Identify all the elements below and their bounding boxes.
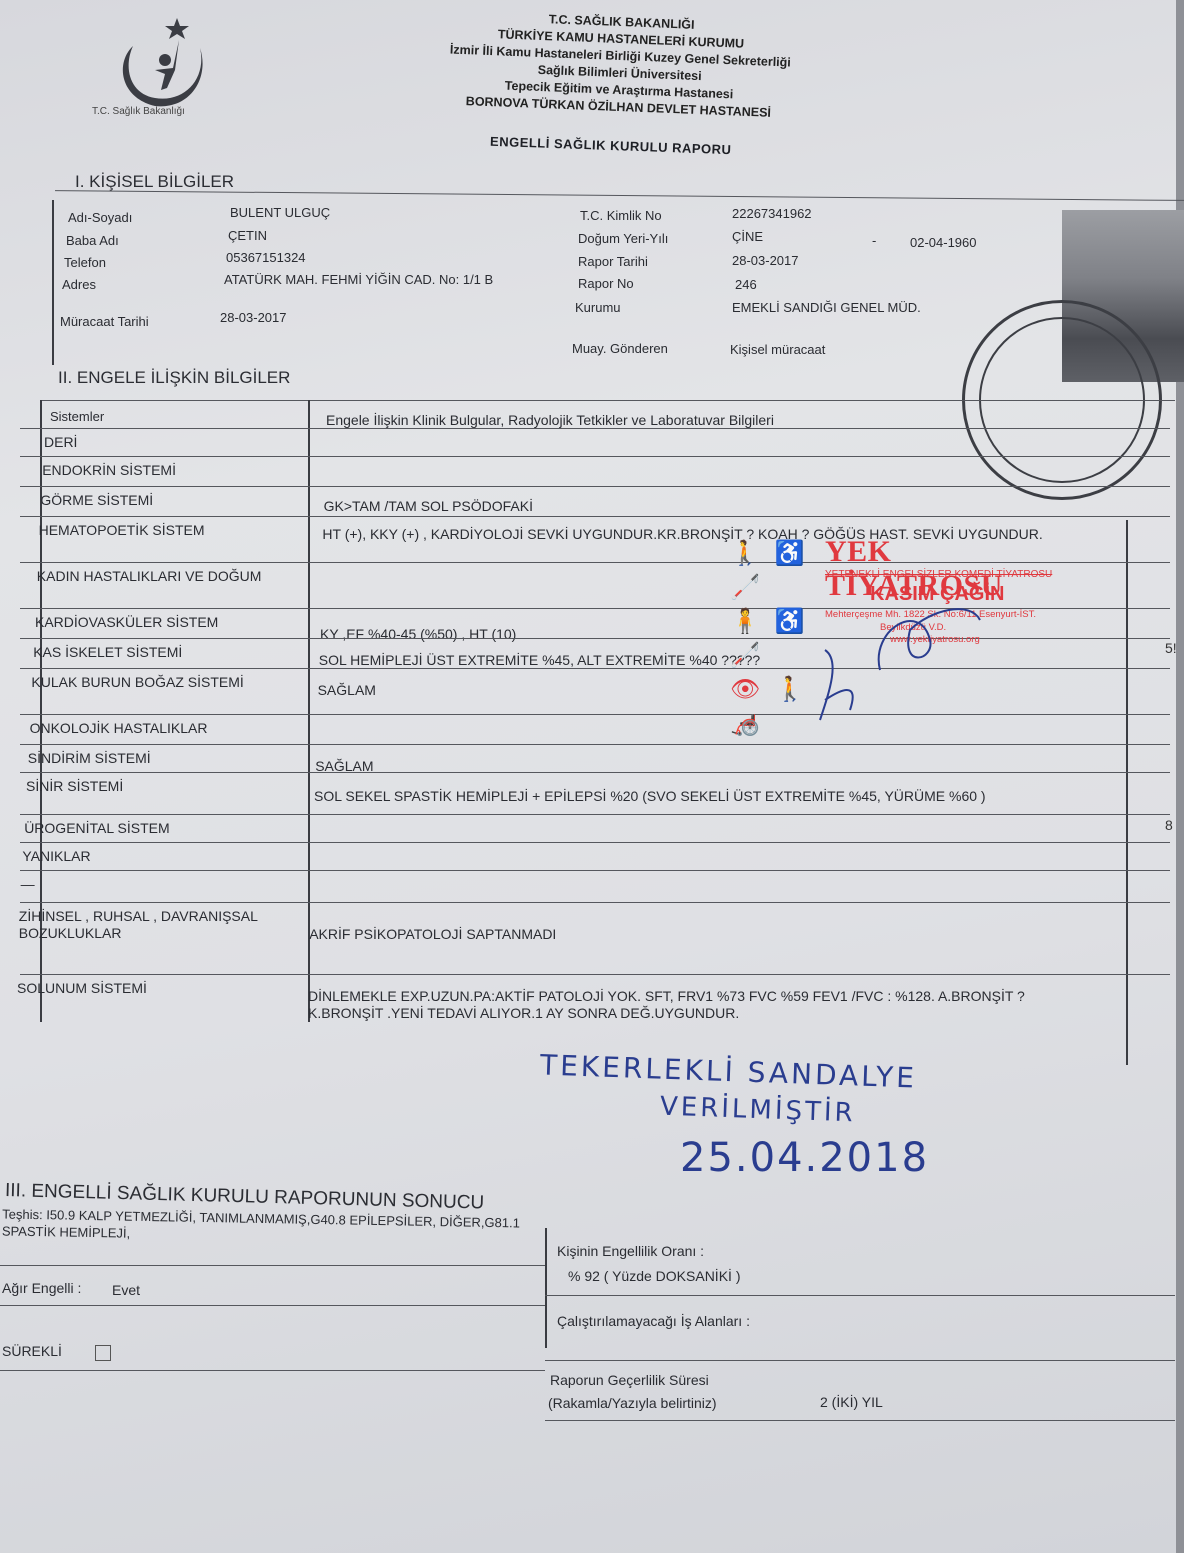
handwritten-note-line2: VERİLMİŞTİR: [660, 1092, 857, 1129]
divider: [55, 190, 1184, 201]
system-name: SİNDİRİM SİSTEMİ: [28, 750, 278, 767]
row-divider: [20, 744, 1170, 745]
divider: [0, 1370, 545, 1371]
system-name: ZİHİNSEL , RUHSAL , DAVRANIŞSAL BOZUKLUK…: [19, 908, 269, 942]
value-report-date: 28-03-2017: [732, 253, 799, 268]
row-divider: [20, 516, 1170, 517]
finding-text: AKRİF PSİKOPATOLOJİ SAPTANMADI: [309, 926, 1099, 943]
system-name: KADIN HASTALIKLARI VE DOĞUM: [37, 568, 287, 585]
disability-rate-value: % 92 ( Yüzde DOKSANİKİ ): [568, 1268, 740, 1284]
row-divider: [20, 428, 1170, 429]
row-divider: [20, 814, 1170, 815]
system-name: KARDİOVASKÜLER SİSTEM: [35, 614, 285, 631]
value-phone: 05367151324: [226, 250, 306, 265]
col-header-systems: Sistemler: [50, 408, 104, 425]
system-name: DERİ: [44, 434, 294, 451]
system-name: ONKOLOJİK HASTALIKLAR: [30, 720, 280, 737]
value-birth-date: 02-04-1960: [910, 235, 977, 250]
column-divider: [545, 1228, 547, 1348]
ministry-logo-icon: [95, 18, 225, 118]
finding-text: GK>TAM /TAM SOL PSÖDOFAKİ: [324, 498, 1114, 515]
stamp-subtitle: YETENEKLİ ENGELSİZLER KOMEDİ TİYATROSU: [825, 569, 1052, 580]
system-name: SOLUNUM SİSTEMİ: [17, 980, 267, 997]
system-name: YANIKLAR: [22, 848, 272, 865]
system-name: HEMATOPOETİK SİSTEM: [39, 522, 289, 539]
row-divider: [20, 486, 1170, 487]
finding-text: DİNLEMEKLE EXP.UZUN.PA:AKTİF PATOLOJİ YO…: [308, 988, 1098, 1022]
column-divider: [1126, 520, 1128, 1065]
label-father: Baba Adı: [66, 233, 119, 248]
system-name: SİNİR SİSTEMİ: [26, 778, 276, 795]
value-birth-place: ÇİNE: [732, 229, 763, 244]
system-name: —: [21, 876, 271, 893]
signature-icon: [800, 590, 1000, 730]
divider: [545, 1420, 1175, 1421]
severe-disability-value: Evet: [112, 1282, 140, 1298]
logo-caption: T.C. Sağlık Bakanlığı: [92, 106, 185, 117]
label-referred-by: Muay. Gönderen: [572, 341, 668, 356]
label-report-no: Rapor No: [578, 276, 634, 291]
handwritten-note-line1: TEKERLEKLİ SANDALYE: [540, 1048, 918, 1094]
value-report-no: 246: [735, 277, 757, 292]
permanent-label: SÜREKLİ: [2, 1343, 62, 1359]
divider: [52, 200, 54, 365]
label-report-date: Rapor Tarihi: [578, 254, 648, 269]
birth-separator: -: [872, 233, 876, 248]
divider: [545, 1295, 1175, 1296]
value-father: ÇETIN: [228, 228, 267, 243]
value-application-date: 28-03-2017: [220, 310, 287, 325]
finding-text: SOL SEKEL SPASTİK HEMİPLEJİ + EPİLEPSİ %…: [314, 788, 1104, 805]
institution-header: T.C. SAĞLIK BAKANLIĞI TÜRKİYE KAMU HASTA…: [378, 5, 862, 125]
row-divider: [20, 974, 1170, 975]
row-divider: [20, 870, 1170, 871]
divider: [0, 1265, 545, 1266]
system-name: ENDOKRİN SİSTEMİ: [42, 462, 292, 479]
label-phone: Telefon: [64, 255, 106, 270]
scanned-report-page: T.C. Sağlık Bakanlığı T.C. SAĞLIK BAKANL…: [0, 0, 1184, 1553]
label-name: Adı-Soyadı: [68, 210, 132, 225]
label-id-number: T.C. Kimlik No: [580, 208, 662, 223]
permanent-checkbox[interactable]: [95, 1345, 111, 1361]
label-institution: Kurumu: [575, 300, 621, 315]
disability-rate-label: Kişinin Engellilik Oranı :: [557, 1243, 704, 1259]
label-birth: Doğum Yeri-Yılı: [578, 231, 668, 246]
section-disability-title: II. ENGELE İLİŞKİN BİLGİLER: [58, 368, 290, 388]
document-title: ENGELLİ SAĞLIK KURULU RAPORU: [490, 134, 732, 157]
divider: [0, 1305, 545, 1306]
value-address: ATATÜRK MAH. FEHMİ YİĞİN CAD. No: 1/1 B: [224, 272, 493, 287]
validity-label-1: Raporun Geçerlilik Süresi: [550, 1372, 709, 1388]
diagnosis-value: I50.9 KALP YETMEZLİĞİ, TANIMLANMAMIŞ,G40…: [2, 1207, 520, 1240]
validity-value: 2 (İKİ) YIL: [820, 1394, 883, 1410]
divider: [40, 400, 1175, 401]
system-name: ÜROGENİTAL SİSTEM: [24, 820, 274, 837]
severe-disability-label: Ağır Engelli :: [2, 1280, 81, 1296]
restricted-work-label: Çalıştırılamayacağı İş Alanları :: [557, 1313, 750, 1329]
divider: [545, 1360, 1175, 1361]
diagnosis-label: Teşhis:: [2, 1206, 43, 1222]
system-name: KAS İSKELET SİSTEMİ: [33, 644, 283, 661]
row-divider: [20, 772, 1170, 773]
value-institution: EMEKLİ SANDIĞI GENEL MÜD.: [732, 300, 921, 315]
handwritten-date: 25.04.2018: [680, 1135, 929, 1181]
label-application-date: Müracaat Tarihi: [60, 314, 149, 329]
section-personal-title: I. KİŞİSEL BİLGİLER: [75, 172, 234, 192]
label-address: Adres: [62, 277, 96, 292]
margin-number: 5!: [1165, 640, 1177, 656]
row-divider: [20, 902, 1170, 903]
system-name: GÖRME SİSTEMİ: [40, 492, 290, 509]
value-name: BULENT ULGUÇ: [230, 205, 330, 220]
col-header-findings: Engele İlişkin Klinik Bulgular, Radyoloj…: [326, 412, 774, 429]
value-id-number: 22267341962: [732, 206, 812, 221]
validity-label-2: (Rakamla/Yazıyla belirtiniz): [548, 1395, 717, 1411]
system-name: KULAK BURUN BOĞAZ SİSTEMİ: [31, 674, 281, 691]
margin-number: 8: [1165, 817, 1173, 833]
row-divider: [20, 842, 1170, 843]
row-divider: [20, 456, 1170, 457]
value-referred-by: Kişisel müracaat: [730, 342, 825, 357]
